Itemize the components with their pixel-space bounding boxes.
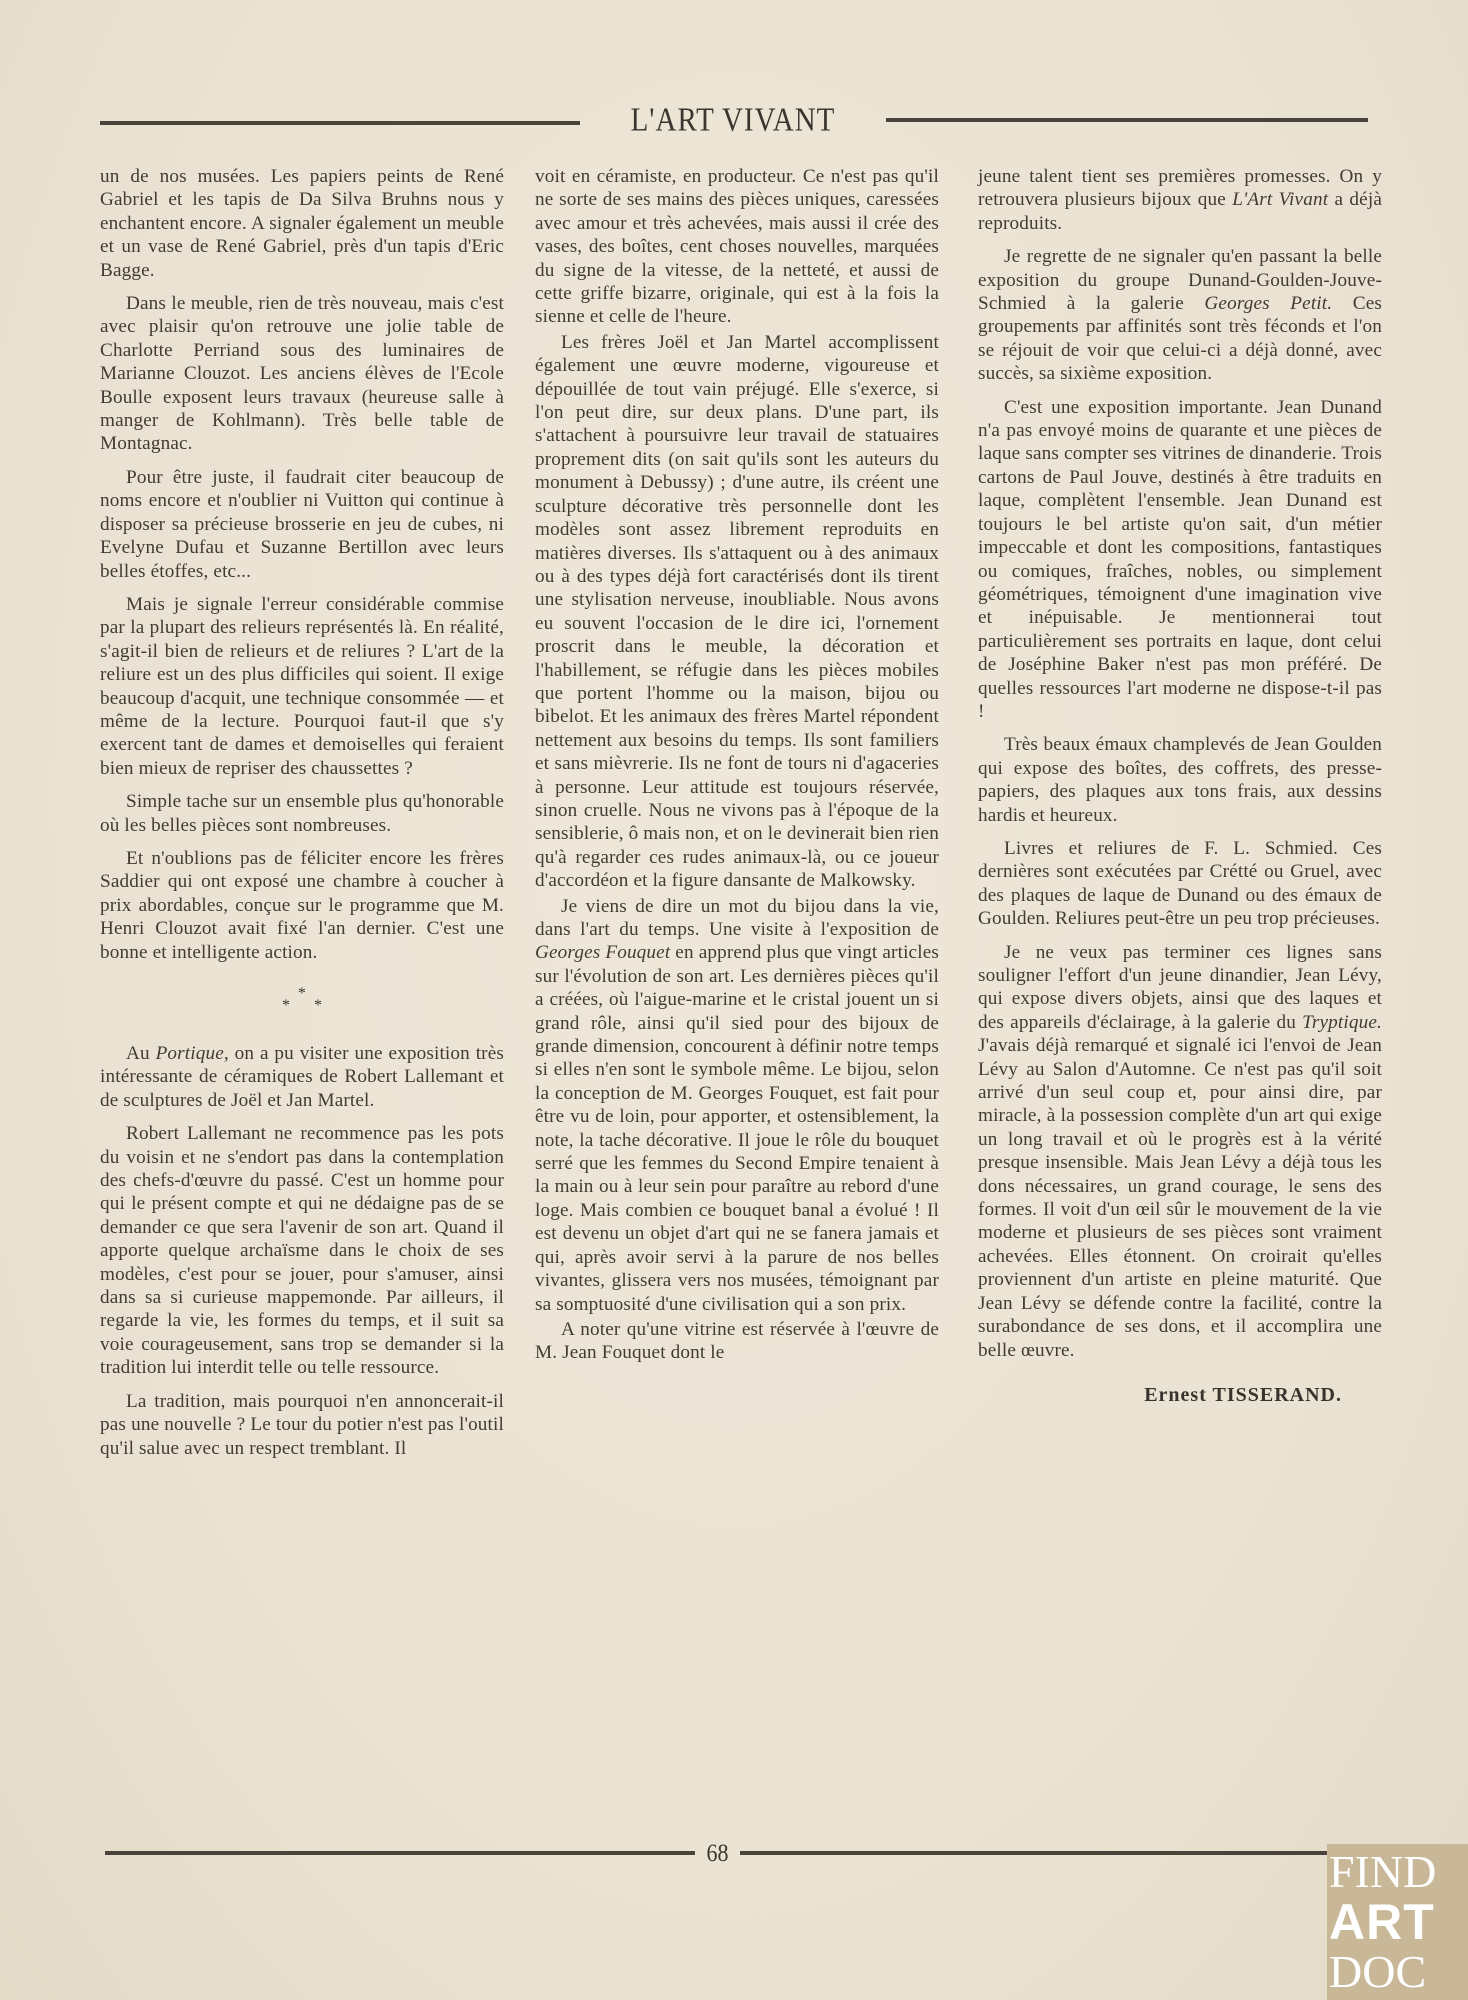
header-rule-right — [886, 118, 1368, 122]
gallery-name-italic: Georges Petit. — [1204, 293, 1332, 314]
masthead-title: L'ART VIVANT — [631, 101, 836, 139]
findartdoc-watermark-logo: FIND ART DOC — [1327, 1844, 1468, 2000]
author-signature: Ernest TISSERAND. — [978, 1384, 1382, 1407]
venue-name-italic: Portique, — [156, 1043, 229, 1064]
paragraph: C'est une exposition importante. Jean Du… — [978, 396, 1382, 724]
article-column-1: un de nos musées. Les papiers peints de … — [100, 165, 504, 1470]
watermark-line-find: FIND — [1329, 1849, 1436, 1895]
article-column-2: voit en céramiste, en producteur. Ce n'e… — [535, 165, 939, 1367]
paragraph: jeune talent tient ses premières promess… — [978, 165, 1382, 235]
paragraph: Très beaux émaux champlevés de Jean Goul… — [978, 733, 1382, 827]
paragraph: Mais je signale l'erreur considérable co… — [100, 593, 504, 780]
paragraph: Robert Lallemant ne recommence pas les p… — [100, 1122, 504, 1379]
article-column-3: jeune talent tient ses premières promess… — [978, 165, 1382, 1407]
paragraph-text: J'avais déjà remarqué et signalé ici l'e… — [978, 1035, 1382, 1360]
paragraph: voit en céramiste, en producteur. Ce n'e… — [535, 165, 939, 329]
page-footer: 68 — [105, 1838, 1380, 1868]
watermark-line-art: ART — [1329, 1897, 1435, 1947]
paragraph: Je regrette de ne signaler qu'en passant… — [978, 245, 1382, 385]
paragraph: Je viens de dire un mot du bijou dans la… — [535, 895, 939, 1316]
exhibitor-name-italic: Georges Fouquet — [535, 942, 670, 963]
watermark-line-doc: DOC — [1329, 1949, 1426, 1995]
footer-rule-left — [105, 1851, 695, 1855]
paragraph: Les frères Joël et Jan Martel accompliss… — [535, 331, 939, 893]
footer-rule-right — [740, 1851, 1380, 1855]
paragraph: La tradition, mais pourquoi n'en annonce… — [100, 1390, 504, 1460]
paragraph-prefix: Au — [126, 1043, 156, 1064]
section-separator-asterism: * * * — [100, 988, 504, 1012]
paragraph: Au Portique, on a pu visiter une exposit… — [100, 1042, 504, 1112]
paragraph: un de nos musées. Les papiers peints de … — [100, 165, 504, 282]
paragraph: A noter qu'une vitrine est réservée à l'… — [535, 1318, 939, 1365]
page-header: L'ART VIVANT — [100, 100, 1368, 140]
magazine-name-italic: L'Art Vivant — [1232, 189, 1328, 210]
header-rule-left — [100, 121, 580, 125]
paragraph-prefix: Je viens de dire un mot du bijou dans la… — [535, 896, 939, 940]
page-number: 68 — [707, 1838, 729, 1868]
asterism-bottom: * * — [100, 1000, 504, 1012]
paragraph: Et n'oublions pas de féliciter encore le… — [100, 847, 504, 964]
paragraph: Livres et reliures de F. L. Schmied. Ces… — [978, 837, 1382, 931]
paragraph: Pour être juste, il faudrait citer beauc… — [100, 466, 504, 583]
paragraph: Dans le meuble, rien de très nouveau, ma… — [100, 292, 504, 456]
paragraph-text: en apprend plus que vingt articles sur l… — [535, 942, 939, 1314]
paragraph: Je ne veux pas terminer ces lignes sans … — [978, 941, 1382, 1362]
gallery-name-italic: Tryptique. — [1302, 1012, 1382, 1033]
paragraph: Simple tache sur un ensemble plus qu'hon… — [100, 790, 504, 837]
